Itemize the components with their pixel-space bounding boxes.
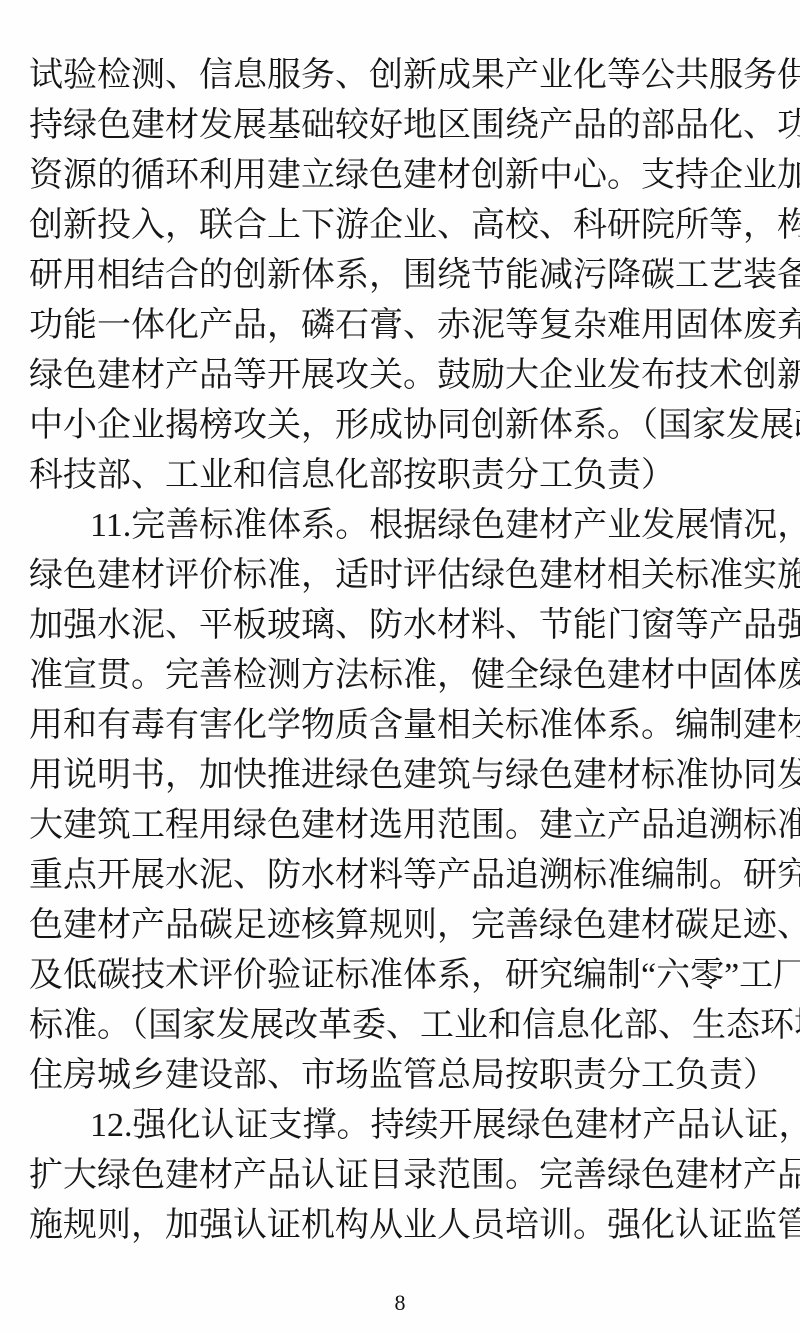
text-line: 准宣贯。完善检测方法标准，健全绿色建材中固体废弃物使 [29, 651, 771, 701]
text-line: 加强水泥、平板玻璃、防水材料、节能门窗等产品强制性标 [29, 601, 771, 651]
page-number: 8 [395, 1290, 406, 1315]
text-line: 住房城乡建设部、市场监管总局按职责分工负责） [29, 1051, 771, 1101]
text-line-section-11-start: 11.完善标准体系。根据绿色建材产业发展情况，制修订 [29, 501, 771, 551]
text-line: 绿色建材产品等开展攻关。鼓励大企业发布技术创新榜单， [29, 351, 771, 401]
page-footer: 8 [0, 1288, 800, 1318]
text-line: 试验检测、信息服务、创新成果产业化等公共服务供给。支 [29, 51, 771, 101]
text-line: 持绿色建材发展基础较好地区围绕产品的部品化、功能性和 [29, 101, 771, 151]
text-line: 色建材产品碳足迹核算规则，完善绿色建材碳足迹、碳标签 [29, 901, 771, 951]
text-line: 及低碳技术评价验证标准体系，研究编制“六零”工厂评价 [29, 951, 771, 1001]
text-line: 创新投入，联合上下游企业、高校、科研院所等，构建产学 [29, 201, 771, 251]
document-body: 试验检测、信息服务、创新成果产业化等公共服务供给。支 持绿色建材发展基础较好地区… [29, 51, 771, 1251]
text-line: 研用相结合的创新体系，围绕节能减污降碳工艺装备、结构 [29, 251, 771, 301]
text-line: 用和有毒有害化学物质含量相关标准体系。编制建材产品使 [29, 701, 771, 751]
text-line: 扩大绿色建材产品认证目录范围。完善绿色建材产品认证实 [29, 1151, 771, 1201]
text-line-section-12-start: 12.强化认证支撑。持续开展绿色建材产品认证，进一步 [29, 1101, 771, 1151]
document-page: 试验检测、信息服务、创新成果产业化等公共服务供给。支 持绿色建材发展基础较好地区… [0, 0, 800, 1332]
text-line: 标准。（国家发展改革委、工业和信息化部、生态环境部、 [29, 1001, 771, 1051]
text-line: 施规则，加强认证机构从业人员培训。强化认证监管工作， [29, 1201, 771, 1251]
text-line: 用说明书，加快推进绿色建筑与绿色建材标准协同发展，扩 [29, 751, 771, 801]
text-line: 重点开展水泥、防水材料等产品追溯标准编制。研究建立绿 [29, 851, 771, 901]
text-line: 绿色建材评价标准，适时评估绿色建材相关标准实施情况， [29, 551, 771, 601]
text-line: 科技部、工业和信息化部按职责分工负责） [29, 451, 771, 501]
text-line: 大建筑工程用绿色建材选用范围。建立产品追溯标准体系， [29, 801, 771, 851]
text-line: 资源的循环利用建立绿色建材创新中心。支持企业加大科技 [29, 151, 771, 201]
text-line: 中小企业揭榜攻关，形成协同创新体系。（国家发展改革委、 [29, 401, 771, 451]
text-line: 功能一体化产品，磷石膏、赤泥等复杂难用固体废弃物生产 [29, 301, 771, 351]
